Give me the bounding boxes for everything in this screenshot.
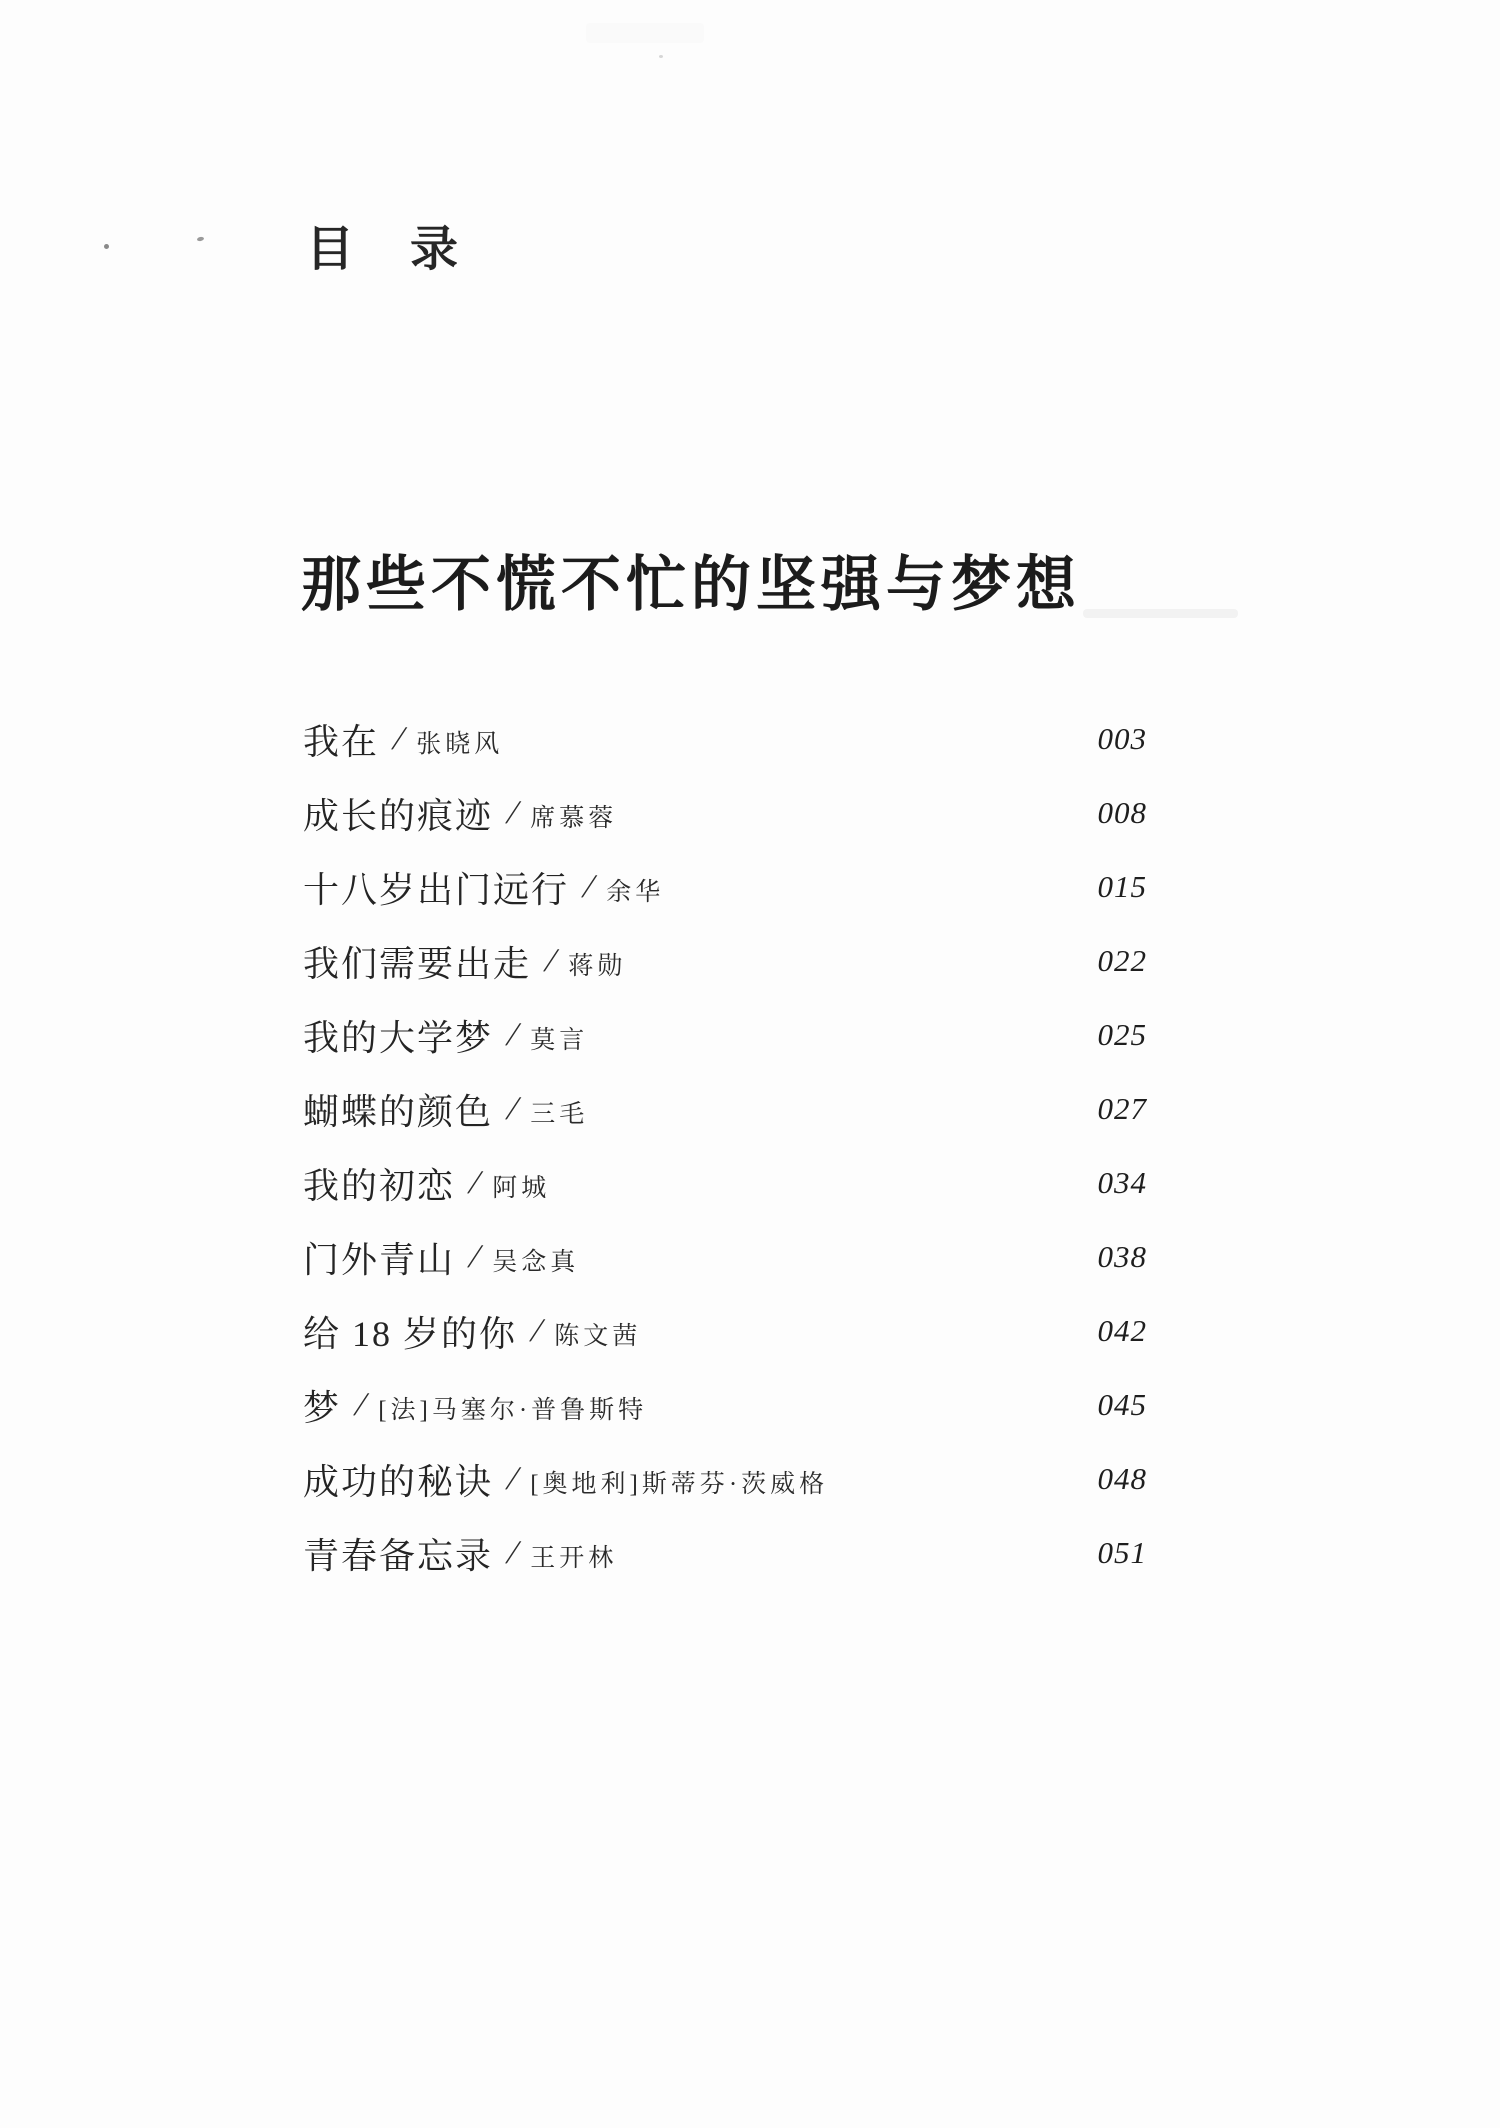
entry-page-number: 045 — [1098, 1387, 1148, 1423]
entry-page-number: 042 — [1098, 1313, 1148, 1349]
entry-separator: / — [581, 869, 595, 906]
entry-title: 青春备忘录 — [303, 1528, 493, 1579]
entry-separator: / — [505, 1535, 519, 1572]
toc-entry-row: 给 18 岁的你 / 陈文茜 042 — [303, 1294, 1147, 1368]
scan-speck — [659, 55, 663, 58]
entries-list: 我在 / 张晓风 003 成长的痕迹 / 席慕蓉 008 十八岁出门远行 / 余… — [303, 702, 1147, 1590]
entry-author: 莫言 — [530, 1015, 588, 1056]
entry-page-number: 025 — [1098, 1017, 1148, 1053]
entry-separator: / — [467, 1239, 481, 1276]
entry-title: 蝴蝶的颜色 — [303, 1084, 493, 1135]
entry-page-number: 051 — [1098, 1535, 1148, 1571]
entry-author: 陈文茜 — [554, 1311, 641, 1352]
toc-entry-row: 我在 / 张晓风 003 — [303, 702, 1147, 776]
entry-author: 阿城 — [492, 1163, 550, 1204]
entry-author: 王开林 — [530, 1533, 617, 1574]
scan-smudge — [1083, 609, 1238, 618]
scan-smudge — [586, 23, 704, 43]
toc-entry-row: 十八岁出门远行 / 余华 015 — [303, 850, 1147, 924]
entry-title: 十八岁出门远行 — [303, 862, 569, 913]
entry-title: 我的大学梦 — [303, 1010, 493, 1061]
entry-separator: / — [505, 1091, 519, 1128]
entry-separator: / — [529, 1313, 543, 1350]
entry-title: 给 18 岁的你 — [303, 1306, 517, 1357]
entry-title: 我的初恋 — [303, 1158, 455, 1209]
entry-title: 我们需要出走 — [303, 936, 531, 987]
toc-entry-row: 青春备忘录 / 王开林 051 — [303, 1516, 1147, 1590]
entry-page-number: 015 — [1098, 869, 1148, 905]
entry-title: 成功的秘诀 — [303, 1454, 493, 1505]
scan-speck — [104, 244, 109, 249]
entry-author: 张晓风 — [416, 719, 503, 760]
toc-entry-row: 蝴蝶的颜色 / 三毛 027 — [303, 1072, 1147, 1146]
toc-entry-row: 我的初恋 / 阿城 034 — [303, 1146, 1147, 1220]
entry-title: 门外青山 — [303, 1232, 455, 1283]
toc-entry-row: 成长的痕迹 / 席慕蓉 008 — [303, 776, 1147, 850]
entry-page-number: 038 — [1098, 1239, 1148, 1275]
entry-page-number: 003 — [1098, 721, 1148, 757]
toc-heading-char: 目 — [306, 224, 354, 277]
entry-title: 梦 — [303, 1380, 341, 1431]
toc-heading-char: 录 — [410, 224, 458, 277]
entry-author: [奥地利]斯蒂芬·茨威格 — [530, 1459, 828, 1500]
toc-heading: 目 录 — [306, 224, 458, 277]
entry-title: 我在 — [303, 714, 379, 765]
entry-separator: / — [505, 1461, 519, 1498]
scan-speck — [197, 236, 205, 241]
entry-separator: / — [391, 721, 405, 758]
entry-author: [法]马塞尔·普鲁斯特 — [378, 1385, 647, 1426]
book-toc-page: 目 录 那些不慌不忙的坚强与梦想 我在 / 张晓风 003 成长的痕迹 / 席慕… — [0, 0, 1500, 2128]
toc-entry-row: 我的大学梦 / 莫言 025 — [303, 998, 1147, 1072]
toc-entry-row: 梦 / [法]马塞尔·普鲁斯特 045 — [303, 1368, 1147, 1442]
toc-entry-row: 门外青山 / 吴念真 038 — [303, 1220, 1147, 1294]
entry-separator: / — [543, 943, 557, 980]
entry-page-number: 008 — [1098, 795, 1148, 831]
entry-author: 席慕蓉 — [530, 793, 617, 834]
section-title: 那些不慌不忙的坚强与梦想 — [301, 551, 1081, 620]
entry-author: 蒋勋 — [568, 941, 626, 982]
entry-page-number: 048 — [1098, 1461, 1148, 1497]
toc-entry-row: 成功的秘诀 / [奥地利]斯蒂芬·茨威格 048 — [303, 1442, 1147, 1516]
entry-title: 成长的痕迹 — [303, 788, 493, 839]
entry-author: 余华 — [606, 867, 664, 908]
toc-entry-row: 我们需要出走 / 蒋勋 022 — [303, 924, 1147, 998]
entry-page-number: 034 — [1098, 1165, 1148, 1201]
entry-page-number: 027 — [1098, 1091, 1148, 1127]
entry-separator: / — [505, 795, 519, 832]
entry-separator: / — [505, 1017, 519, 1054]
entry-author: 三毛 — [530, 1089, 588, 1130]
entry-separator: / — [467, 1165, 481, 1202]
entry-page-number: 022 — [1098, 943, 1148, 979]
entry-author: 吴念真 — [492, 1237, 579, 1278]
entry-separator: / — [353, 1387, 367, 1424]
